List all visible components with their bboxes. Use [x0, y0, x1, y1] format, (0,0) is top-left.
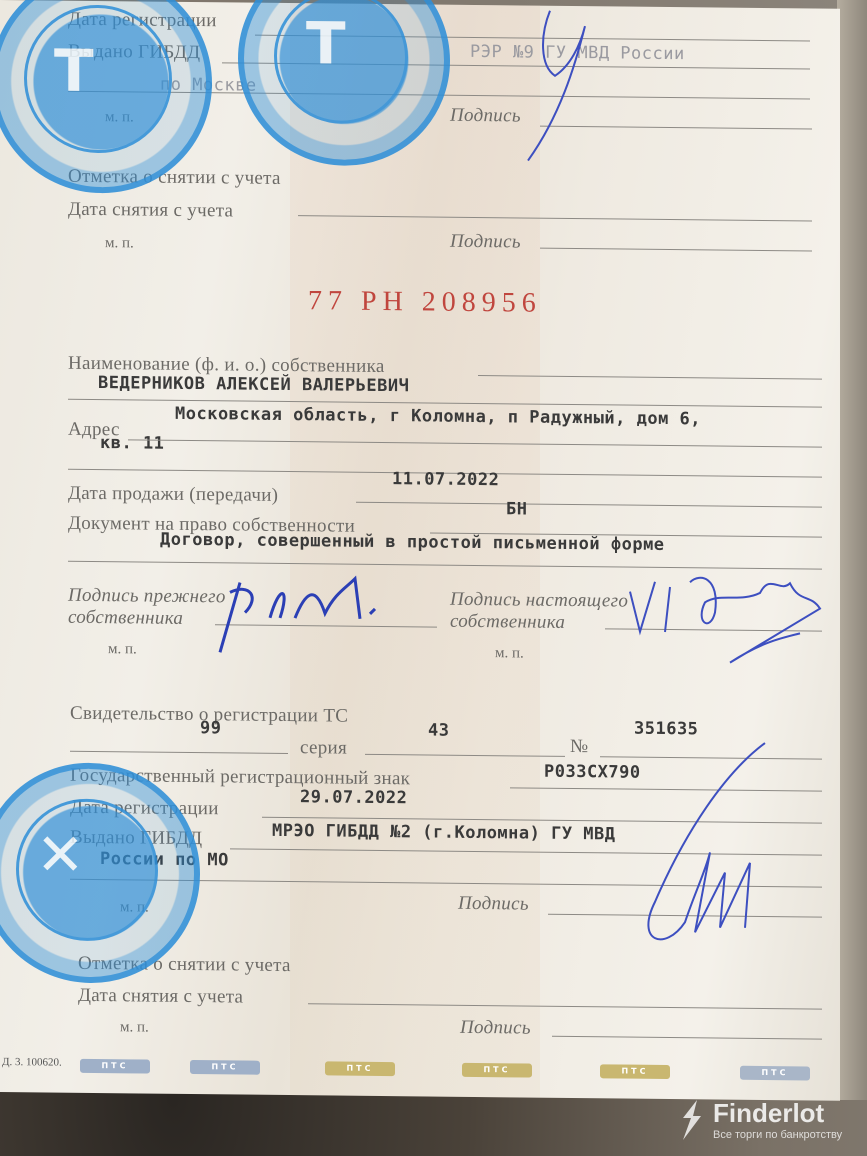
- pts-band-chip: ПТС: [190, 1060, 260, 1075]
- pts-band-chip: ПТС: [462, 1063, 532, 1078]
- doc-number-value: БН: [506, 499, 527, 519]
- field-line: [308, 1003, 822, 1009]
- form-code: Д. 3. 100620.: [2, 1056, 62, 1069]
- series-value-2: 43: [428, 720, 449, 740]
- finderlot-watermark: Finderlot Все торги по банкротству: [713, 1098, 853, 1144]
- watermark-tagline: Все торги по банкротству: [713, 1129, 853, 1141]
- field-line: [365, 754, 565, 757]
- issued-by-value-1: МРЭО ГИБДД №2 (г.Коломна) ГУ МВД: [272, 821, 616, 845]
- official-stamp-1: T: [0, 0, 212, 194]
- finderlot-logo-icon: [679, 1100, 705, 1140]
- field-line: [70, 751, 288, 754]
- pts-band-chip: ПТС: [80, 1059, 150, 1074]
- pts-band-chip: ПТС: [325, 1061, 395, 1076]
- registration-signature-label: Подпись: [458, 893, 529, 916]
- series-value-1: 99: [200, 718, 221, 738]
- emblem-icon: ✕: [36, 820, 85, 889]
- official-stamp-2: T: [238, 0, 450, 167]
- ownership-doc-value: Договор, совершенный в простой письменно…: [160, 530, 665, 555]
- reg-date-value: 29.07.2022: [300, 787, 407, 808]
- curr-owner-signature-label-2: собственника: [450, 611, 565, 634]
- prev-owner-signature-label-1: Подпись прежнего: [68, 585, 226, 609]
- series-label: серия: [300, 737, 347, 759]
- emblem-icon: T: [54, 37, 94, 105]
- removal-signature-label: Подпись: [450, 231, 521, 254]
- pts-band-chip: ПТС: [600, 1064, 670, 1079]
- page-edge: [837, 0, 867, 1100]
- removal-mp-label: м. п.: [105, 235, 134, 252]
- handwritten-signature-top: [500, 5, 590, 166]
- mp-label-left: м. п.: [108, 641, 137, 658]
- registration-officer-signature: [625, 732, 795, 949]
- prev-owner-signature: [210, 562, 410, 664]
- registration-removal-date-label: Дата снятия с учета: [78, 985, 243, 1009]
- field-line: [128, 439, 822, 447]
- curr-owner-signature-label-1: Подпись настоящего: [450, 589, 628, 613]
- watermark-brand: Finderlot: [713, 1098, 853, 1129]
- sale-date-label: Дата продажи (передачи): [68, 483, 278, 507]
- registration-removal-signature-label: Подпись: [460, 1017, 531, 1040]
- curr-owner-signature: [610, 551, 830, 673]
- pts-band-chip: ПТС: [740, 1066, 810, 1081]
- mp-label-right: м. п.: [495, 645, 524, 662]
- sale-date-value: 11.07.2022: [392, 469, 499, 490]
- signature-line: [552, 1036, 822, 1040]
- registration-removal-mp-label: м. п.: [120, 1019, 149, 1036]
- security-band: Д. 3. 100620. ПТС ПТС ПТС ПТС ПТС ПТС: [0, 1050, 860, 1089]
- field-line: [356, 502, 822, 508]
- emblem-icon: T: [306, 9, 346, 77]
- prev-owner-signature-label-2: собственника: [68, 607, 183, 630]
- removal-date-label: Дата снятия с учета: [68, 199, 233, 223]
- field-line: [298, 215, 812, 221]
- document-serial-number: 77 РН 208956: [308, 285, 542, 319]
- field-line: [478, 375, 822, 380]
- owner-value: ВЕДЕРНИКОВ АЛЕКСЕЙ ВАЛЕРЬЕВИЧ: [98, 373, 409, 396]
- vehicle-passport-page: Дата регистрации Выдано ГИБДД РЭР №9 ГУ …: [0, 0, 840, 1101]
- address-value-line1: Московская область, г Коломна, п Радужны…: [175, 404, 701, 430]
- official-stamp-3: ✕: [0, 762, 200, 984]
- number-label: №: [570, 736, 588, 758]
- signature-line: [540, 248, 812, 252]
- address-value-line2: кв. 11: [100, 433, 164, 454]
